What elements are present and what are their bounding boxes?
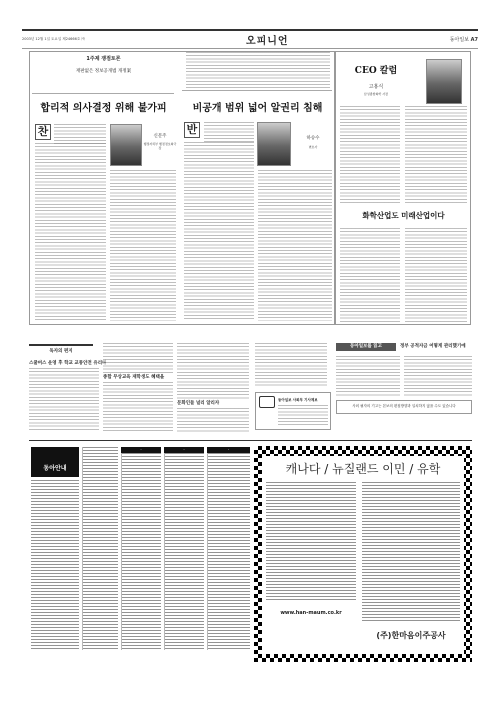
ad-company: (주)한마음이주공사 — [362, 630, 460, 641]
page-number: A7 — [471, 37, 478, 43]
ceo-author: 고홍식 — [336, 83, 416, 90]
drop-cap: 찬 — [35, 124, 51, 140]
notice-title: 정부 공적자금 어떻게 관리했기에 — [400, 343, 466, 349]
letters-label: 독자의 편지 — [29, 348, 93, 354]
drop-cap: 반 — [184, 122, 200, 138]
left-headline: 합리적 의사결정 위해 불가피 — [30, 99, 177, 114]
guide-logo: 동아안내 — [31, 447, 79, 477]
author-name: 신문주 — [143, 133, 177, 139]
author-affil: 변호사 — [294, 145, 332, 149]
paper-name: 동아일보 — [450, 37, 469, 43]
section-title: 오피니언 — [246, 32, 289, 47]
ad-headline: 캐나다 / 뉴질랜드 이민 / 유학 — [262, 460, 464, 477]
monitor-icon — [259, 396, 275, 408]
letter-title: 문화인들 널리 알리자 — [177, 400, 219, 406]
notice-label: 동아일보를 읽고 — [336, 343, 396, 351]
issue-date: 2003년 12월 1일 토요일 제24666호 ㈜ — [22, 37, 85, 42]
ceo-affil: 삼성종합화학 사장 — [336, 92, 416, 96]
debate-subject: 재판없은 정보공개법 개정案 — [30, 68, 177, 74]
ad-url[interactable]: www.han-maum.co.kr — [266, 610, 356, 616]
letter-title: 종합 무상교육 재학생도 혜택을 — [103, 374, 164, 380]
author-name: 하승수 — [294, 135, 332, 141]
ceo-label: CEO 칼럼 — [336, 63, 416, 76]
letter-title: 스쿨버스 운영 후 학교 교통안전 유리해 — [29, 360, 106, 366]
disclaimer: 사외 필자의 기고는 본보의 편집방향과 일치하지 않을 수도 있습니다 — [336, 404, 472, 409]
promo-title: 동아일보 사회부 기사제보 — [278, 398, 318, 403]
ceo-headline: 화학산업도 미래산업이다 — [336, 210, 471, 221]
author-affil: 행정자치부 행정정보화국장 — [143, 142, 177, 150]
ceo-photo — [426, 59, 462, 104]
page-header: 2003년 12월 1일 토요일 제24666호 ㈜ 오피니언 동아일보 A7 — [22, 29, 478, 49]
right-headline: 비공개 범위 넓어 알권리 침해 — [180, 99, 335, 114]
author-photo — [257, 122, 291, 166]
author-photo — [110, 124, 142, 166]
debate-kicker: 1주제 쟁점토론 — [30, 55, 177, 62]
